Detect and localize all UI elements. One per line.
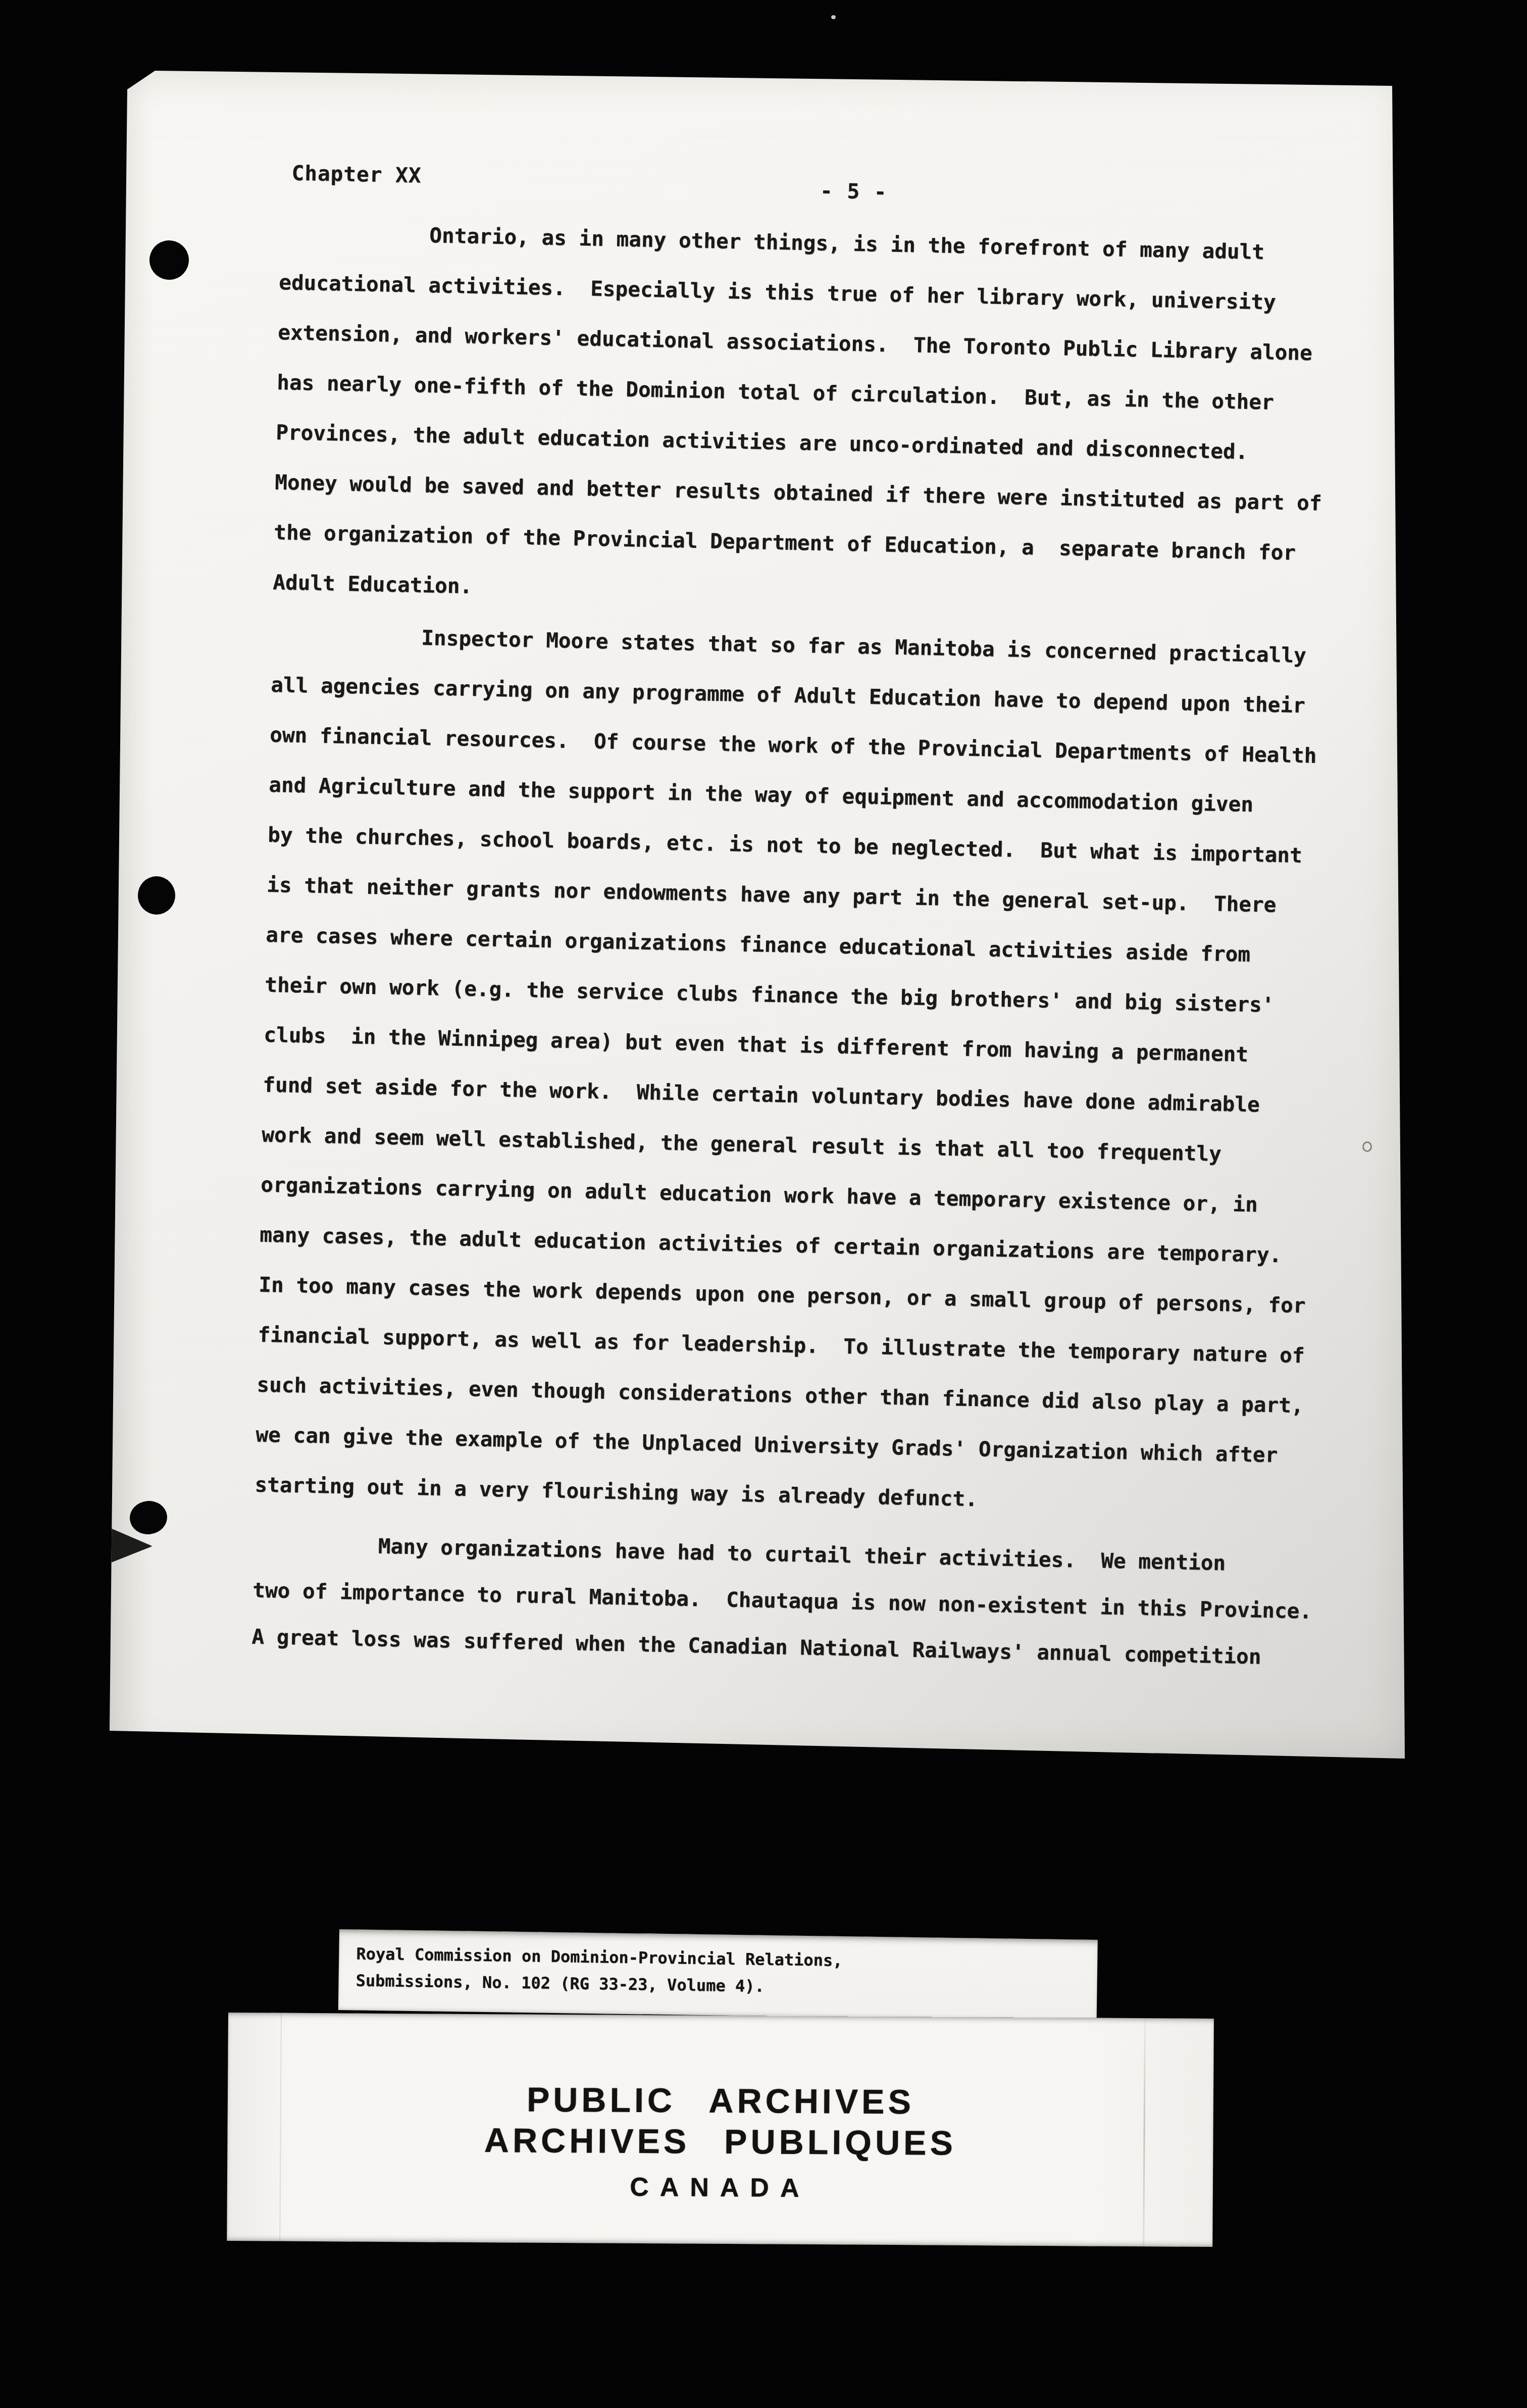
reference-line-2: Submissions, No. 102 (RG 33-23, Volume 4… [355,1972,765,1994]
scan-speck [831,15,836,19]
punch-hole-middle [138,876,175,915]
stamp-line-canada: CANADA [227,2172,1213,2204]
archive-reference-label: Royal Commission on Dominion-Provincial … [338,1929,1098,2021]
stamp-line-french: ARCHIVES PUBLIQUES [227,2122,1213,2162]
punch-hole-bottom [128,1499,169,1536]
paragraph-1: Ontario, as in many other things, is in … [272,208,1327,628]
paragraph-2: Inspector Moore states that so far as Ma… [254,610,1319,1531]
paragraph-3: Many organizations have had to curtail t… [251,1520,1313,1681]
chapter-label: Chapter XX [291,163,422,186]
document-page: Chapter XX - 5 - Ontario, as in many oth… [107,67,1410,1764]
reference-line-1: Royal Commission on Dominion-Provincial … [356,1945,843,1968]
page-number-label: - 5 - [820,180,888,203]
stamp-line-english: PUBLIC ARCHIVES [228,2081,1213,2121]
public-archives-stamp: PUBLIC ARCHIVES ARCHIVES PUBLIQUES CANAD… [227,2013,1214,2247]
punch-hole-top [147,238,191,282]
typewritten-text: Chapter XX - 5 - Ontario, as in many oth… [250,163,1402,1750]
